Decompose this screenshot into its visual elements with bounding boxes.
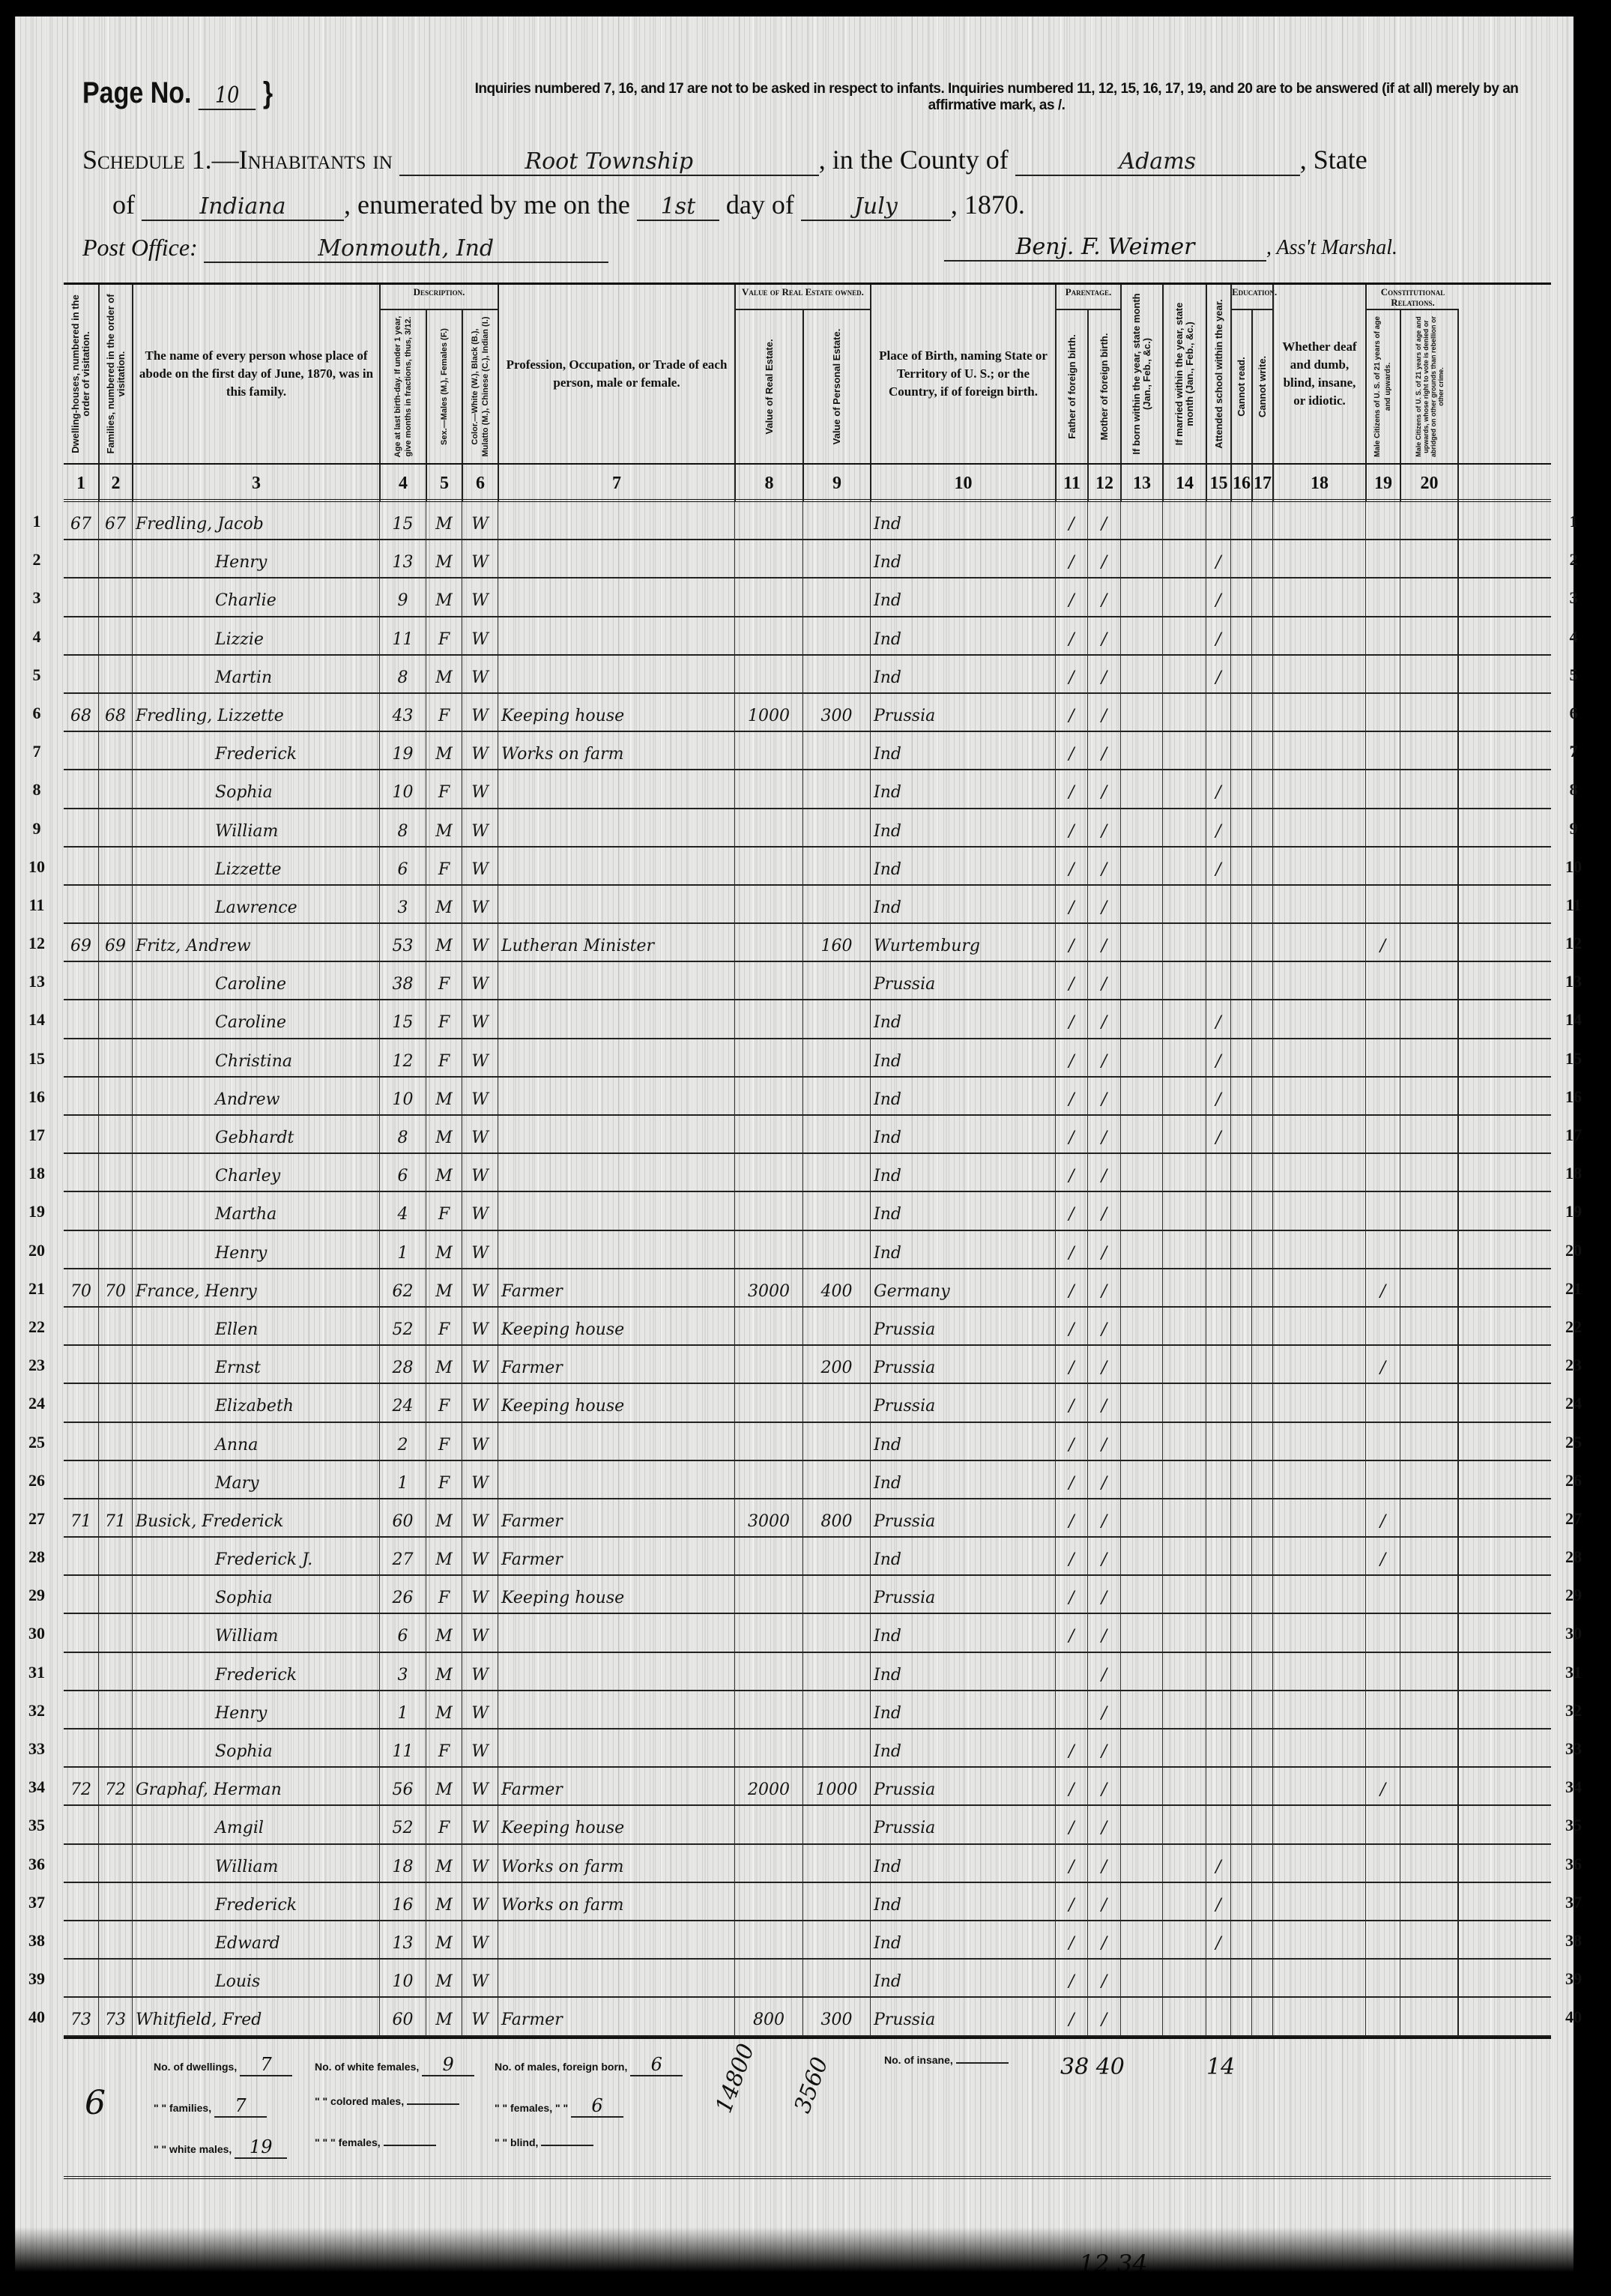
line-number-right: 29 [1559, 1576, 1589, 1614]
cell-empty [1120, 924, 1162, 961]
cell-empty [1272, 1576, 1365, 1613]
township-field: Root Township [399, 148, 819, 176]
cell-empty [1400, 1231, 1459, 1268]
cell-family [98, 1308, 132, 1344]
cell-birthplace: Prussia [870, 1998, 1055, 2034]
cell-empty [1251, 1845, 1272, 1882]
cell-empty [1230, 1960, 1251, 1996]
cell-personal-estate: 1000 [803, 1768, 870, 1804]
cell-empty [1230, 1231, 1251, 1268]
cell-name: Lizzette [132, 848, 379, 884]
cell-personal-estate [803, 770, 870, 807]
cell-father-foreign: / [1055, 1154, 1087, 1191]
cell-empty [1120, 656, 1162, 692]
cell-occupation: Farmer [498, 1269, 734, 1306]
cell-dwelling [64, 1461, 98, 1498]
line-number: 10 [22, 848, 52, 886]
line-number-right: 22 [1559, 1308, 1589, 1346]
line-number: 24 [22, 1384, 52, 1422]
cell-dwelling [64, 1192, 98, 1229]
table-row: 2626Mary1FWInd// [64, 1461, 1551, 1499]
cell-school: / [1206, 1921, 1230, 1958]
cell-age: 15 [379, 1000, 426, 1037]
cell-citizen [1365, 1192, 1400, 1229]
line-number-right: 2 [1559, 540, 1589, 578]
line-number: 27 [22, 1499, 52, 1538]
cell-family [98, 848, 132, 884]
cell-occupation [498, 1614, 734, 1651]
cell-school: / [1206, 578, 1230, 615]
cell-family: 73 [98, 1998, 132, 2034]
cell-empty [1272, 809, 1365, 846]
cell-empty [1120, 502, 1162, 539]
cell-sex: F [426, 1384, 462, 1421]
cell-color: W [462, 1921, 498, 1958]
cell-color: W [462, 1154, 498, 1191]
line-number-right: 20 [1559, 1231, 1589, 1269]
cell-name: Christina [132, 1039, 379, 1076]
line-number-right: 17 [1559, 1116, 1589, 1154]
table-row: 3636William18MWWorks on farmInd/// [64, 1845, 1551, 1883]
cell-real-estate [734, 1384, 803, 1421]
cell-empty [1120, 617, 1162, 654]
cell-citizen: / [1365, 1346, 1400, 1383]
cell-family: 70 [98, 1269, 132, 1306]
cell-father-foreign: / [1055, 962, 1087, 999]
cell-real-estate [734, 540, 803, 577]
cell-citizen: / [1365, 1768, 1400, 1804]
cell-real-estate [734, 770, 803, 807]
cell-empty [1162, 1308, 1206, 1344]
table-row: 2525Anna2FWInd// [64, 1423, 1551, 1461]
cell-empty [1162, 1538, 1206, 1574]
cell-empty [1162, 1845, 1206, 1882]
cell-empty [1230, 1039, 1251, 1076]
cell-empty [1230, 924, 1251, 961]
col-header-5: Sex.—Males (M.), Females (F.) [426, 310, 462, 463]
cell-age: 8 [379, 1116, 426, 1152]
cell-father-foreign: / [1055, 1538, 1087, 1574]
cell-mother-foreign: / [1087, 1768, 1120, 1804]
cell-birthplace: Ind [870, 809, 1055, 846]
cell-empty [1400, 1039, 1459, 1076]
cell-real-estate [734, 886, 803, 922]
cell-empty [1162, 1039, 1206, 1076]
cell-empty [1230, 1845, 1251, 1882]
cell-school [1206, 1998, 1230, 2034]
cell-citizen [1365, 1921, 1400, 1958]
cell-empty [1162, 962, 1206, 999]
cell-empty [1120, 1231, 1162, 1268]
cell-name: Ernst [132, 1346, 379, 1383]
cell-empty [1251, 809, 1272, 846]
cell-name: Louis [132, 1960, 379, 1996]
table-row: 22Henry13MWInd/// [64, 540, 1551, 578]
col-header-7: Profession, Occupation, or Trade of each… [498, 285, 734, 463]
col-header-1: Dwelling-houses, numbered in the order o… [64, 285, 98, 463]
cell-occupation [498, 1039, 734, 1076]
cell-color: W [462, 1269, 498, 1306]
cell-dwelling [64, 1806, 98, 1843]
cell-school: / [1206, 1883, 1230, 1920]
cell-father-foreign: / [1055, 1000, 1087, 1037]
cell-personal-estate: 200 [803, 1346, 870, 1383]
page-summary: 6 No. of dwellings, 7 " " families, 7 " … [64, 2037, 1551, 2179]
col-header-12: Mother of foreign birth. [1087, 310, 1120, 463]
cell-empty [1400, 1269, 1459, 1306]
cell-age: 15 [379, 502, 426, 539]
cell-empty [1230, 1883, 1251, 1920]
line-number: 38 [22, 1921, 52, 1960]
cell-occupation: Keeping house [498, 1576, 734, 1613]
cell-empty [1120, 1078, 1162, 1114]
cell-empty [1272, 1269, 1365, 1306]
cell-father-foreign: / [1055, 1499, 1087, 1536]
cell-color: W [462, 617, 498, 654]
cell-color: W [462, 886, 498, 922]
cell-mother-foreign: / [1087, 1269, 1120, 1306]
cell-dwelling [64, 1729, 98, 1766]
cell-age: 38 [379, 962, 426, 999]
cell-occupation [498, 540, 734, 577]
table-row: 77Frederick19MWWorks on farmInd// [64, 732, 1551, 770]
line-number-right: 28 [1559, 1538, 1589, 1576]
cell-personal-estate [803, 1653, 870, 1690]
cell-real-estate [734, 1346, 803, 1383]
cell-dwelling [64, 732, 98, 769]
cell-personal-estate [803, 1806, 870, 1843]
cell-empty [1251, 848, 1272, 884]
table-row: 1313Caroline38FWPrussia// [64, 962, 1551, 1000]
cell-age: 4 [379, 1192, 426, 1229]
cell-family [98, 1729, 132, 1766]
cell-occupation [498, 809, 734, 846]
cell-mother-foreign: / [1087, 1192, 1120, 1229]
summary-white-females: No. of white females, 9 [315, 2054, 474, 2076]
cell-empty [1251, 694, 1272, 731]
cell-empty [1272, 1039, 1365, 1076]
table-row: 3131Frederick3MWInd/ [64, 1653, 1551, 1691]
cell-empty [1230, 656, 1251, 692]
cell-color: W [462, 1346, 498, 1383]
cell-color: W [462, 809, 498, 846]
cell-empty [1251, 1691, 1272, 1728]
cell-real-estate [734, 1039, 803, 1076]
cell-birthplace: Prussia [870, 962, 1055, 999]
cell-citizen [1365, 770, 1400, 807]
cell-empty [1120, 1269, 1162, 1306]
cell-father-foreign: / [1055, 540, 1087, 577]
cell-empty [1162, 1576, 1206, 1613]
cell-empty [1251, 770, 1272, 807]
cell-father-foreign: / [1055, 1423, 1087, 1460]
cell-empty [1120, 1423, 1162, 1460]
cell-age: 18 [379, 1845, 426, 1882]
cell-color: W [462, 848, 498, 884]
cell-personal-estate [803, 1960, 870, 1996]
cell-mother-foreign: / [1087, 886, 1120, 922]
line-number: 35 [22, 1806, 52, 1844]
cell-family [98, 1154, 132, 1191]
cell-personal-estate: 400 [803, 1269, 870, 1306]
cell-sex: F [426, 962, 462, 999]
cell-empty [1400, 1614, 1459, 1651]
cell-citizen [1365, 1614, 1400, 1651]
cell-sex: M [426, 1845, 462, 1882]
cell-age: 1 [379, 1231, 426, 1268]
cell-real-estate [734, 1192, 803, 1229]
cell-empty [1400, 1845, 1459, 1882]
cell-personal-estate [803, 1423, 870, 1460]
cell-empty [1120, 1729, 1162, 1766]
line-number: 17 [22, 1116, 52, 1154]
cell-empty [1400, 1346, 1459, 1383]
line-number-right: 6 [1559, 694, 1589, 732]
cell-real-estate [734, 617, 803, 654]
cell-birthplace: Ind [870, 1921, 1055, 1958]
cell-age: 6 [379, 1154, 426, 1191]
cell-citizen [1365, 732, 1400, 769]
cell-mother-foreign: / [1087, 1423, 1120, 1460]
cell-empty [1162, 502, 1206, 539]
cell-empty [1120, 1308, 1162, 1344]
cell-real-estate [734, 1960, 803, 1996]
cell-occupation [498, 962, 734, 999]
cell-father-foreign: / [1055, 809, 1087, 846]
cell-school: / [1206, 1116, 1230, 1152]
cell-color: W [462, 1461, 498, 1498]
cell-sex: M [426, 1269, 462, 1306]
cell-color: W [462, 1308, 498, 1344]
cell-dwelling [64, 770, 98, 807]
cell-family [98, 1000, 132, 1037]
cell-birthplace: Ind [870, 1078, 1055, 1114]
cell-personal-estate [803, 1461, 870, 1498]
cell-citizen [1365, 540, 1400, 577]
cell-real-estate [734, 1154, 803, 1191]
table-row: 2424Elizabeth24FWKeeping housePrussia// [64, 1384, 1551, 1422]
line-number: 20 [22, 1231, 52, 1269]
cell-father-foreign [1055, 1691, 1087, 1728]
cell-empty [1120, 694, 1162, 731]
cell-dwelling: 72 [64, 1768, 98, 1804]
line-number: 25 [22, 1423, 52, 1461]
cell-sex: M [426, 924, 462, 961]
cell-empty [1272, 502, 1365, 539]
cell-real-estate [734, 1078, 803, 1114]
col-header-17: Cannot write. [1251, 310, 1272, 463]
line-number: 36 [22, 1845, 52, 1883]
cell-birthplace: Ind [870, 1461, 1055, 1498]
cell-age: 56 [379, 1768, 426, 1804]
cell-father-foreign: / [1055, 1461, 1087, 1498]
cell-personal-estate [803, 1691, 870, 1728]
cell-real-estate [734, 732, 803, 769]
group-constitutional: Constitutional Relations. [1365, 285, 1459, 310]
cell-empty [1400, 809, 1459, 846]
cell-empty [1272, 1078, 1365, 1114]
cell-dwelling [64, 886, 98, 922]
cell-real-estate [734, 1691, 803, 1728]
cell-name: Graphaf, Herman [132, 1768, 379, 1804]
table-row: 33Charlie9MWInd/// [64, 578, 1551, 617]
line-number: 32 [22, 1691, 52, 1729]
cell-real-estate [734, 924, 803, 961]
cell-school [1206, 1576, 1230, 1613]
cell-occupation [498, 1231, 734, 1268]
cell-birthplace: Ind [870, 886, 1055, 922]
cell-citizen [1365, 1039, 1400, 1076]
cell-empty [1400, 1384, 1459, 1421]
cell-empty [1120, 848, 1162, 884]
cell-sex: M [426, 886, 462, 922]
cell-occupation [498, 1921, 734, 1958]
cell-empty [1162, 1192, 1206, 1229]
cell-empty [1230, 1269, 1251, 1306]
cell-empty [1162, 1729, 1206, 1766]
table-row: 3535Amgil52FWKeeping housePrussia// [64, 1806, 1551, 1844]
cell-family [98, 732, 132, 769]
cell-empty [1272, 732, 1365, 769]
table-row: 1414Caroline15FWInd/// [64, 1000, 1551, 1039]
cell-name: Lawrence [132, 886, 379, 922]
line-number: 11 [22, 886, 52, 924]
line-number: 3 [22, 578, 52, 617]
cell-empty [1162, 1653, 1206, 1690]
cell-father-foreign: / [1055, 1269, 1087, 1306]
cell-sex: F [426, 694, 462, 731]
cell-color: W [462, 1078, 498, 1114]
cell-family [98, 1039, 132, 1076]
cell-name: Martin [132, 656, 379, 692]
cell-mother-foreign: / [1087, 1461, 1120, 1498]
cell-citizen [1365, 1423, 1400, 1460]
col-header-11: Father of foreign birth. [1055, 310, 1087, 463]
cell-color: W [462, 732, 498, 769]
table-row: 99William8MWInd/// [64, 809, 1551, 848]
line-number-right: 34 [1559, 1768, 1589, 1806]
cell-family [98, 1346, 132, 1383]
cell-mother-foreign: / [1087, 1576, 1120, 1613]
state-line: of Indiana, enumerated by me on the 1st … [112, 189, 1025, 221]
cell-father-foreign [1055, 1653, 1087, 1690]
cell-empty [1251, 1078, 1272, 1114]
cell-father-foreign: / [1055, 1116, 1087, 1152]
line-number: 37 [22, 1883, 52, 1921]
cell-dwelling [64, 1576, 98, 1613]
cell-empty [1251, 1461, 1272, 1498]
summary-dwellings: No. of dwellings, 7 [154, 2054, 292, 2076]
cell-dwelling [64, 1691, 98, 1728]
line-number: 19 [22, 1192, 52, 1230]
line-number-right: 8 [1559, 770, 1589, 809]
cell-empty [1251, 1192, 1272, 1229]
cell-school [1206, 1461, 1230, 1498]
cell-school: / [1206, 1078, 1230, 1114]
cell-real-estate [734, 656, 803, 692]
cell-family [98, 1538, 132, 1574]
cell-dwelling [64, 1000, 98, 1037]
cell-empty [1120, 1768, 1162, 1804]
cell-name: Andrew [132, 1078, 379, 1114]
line-number: 29 [22, 1576, 52, 1614]
cell-school [1206, 694, 1230, 731]
cell-occupation: Works on farm [498, 1845, 734, 1882]
cell-empty [1400, 1691, 1459, 1728]
cell-real-estate [734, 1116, 803, 1152]
cell-school [1206, 1231, 1230, 1268]
cell-empty [1400, 924, 1459, 961]
cell-empty [1230, 1691, 1251, 1728]
cell-empty [1230, 1000, 1251, 1037]
cell-name: Gebhardt [132, 1116, 379, 1152]
line-number-right: 21 [1559, 1269, 1589, 1308]
cell-family [98, 809, 132, 846]
cell-empty [1230, 1729, 1251, 1766]
cell-real-estate: 800 [734, 1998, 803, 2034]
cell-color: W [462, 1231, 498, 1268]
cell-sex: M [426, 1078, 462, 1114]
cell-name: Frederick J. [132, 1538, 379, 1574]
cell-age: 10 [379, 1078, 426, 1114]
table-row: 21217070France, Henry62MWFarmer3000400Ge… [64, 1269, 1551, 1308]
cell-citizen [1365, 1653, 1400, 1690]
cell-mother-foreign: / [1087, 1154, 1120, 1191]
table-row: 2323Ernst28MWFarmer200Prussia/// [64, 1346, 1551, 1384]
cell-name: Sophia [132, 1729, 379, 1766]
cell-mother-foreign: / [1087, 1960, 1120, 1996]
cell-sex: F [426, 1806, 462, 1843]
cell-school: / [1206, 540, 1230, 577]
personal-estate-total: 3560 [790, 2053, 834, 2116]
cell-empty [1251, 1614, 1272, 1651]
cell-mother-foreign: / [1087, 540, 1120, 577]
cell-birthplace: Ind [870, 848, 1055, 884]
cell-personal-estate [803, 1576, 870, 1613]
summary-foreign-females: " " females, " " 6 [495, 2095, 623, 2118]
cell-age: 43 [379, 694, 426, 731]
cell-father-foreign: / [1055, 694, 1087, 731]
table-row: 3838Edward13MWInd/// [64, 1921, 1551, 1960]
cell-personal-estate [803, 962, 870, 999]
census-page: Page No. 10 } Inquiries numbered 7, 16, … [15, 16, 1574, 2272]
cell-empty [1272, 1768, 1365, 1804]
line-number: 39 [22, 1960, 52, 1998]
cell-birthplace: Prussia [870, 1308, 1055, 1344]
cell-color: W [462, 1845, 498, 1882]
cell-empty [1230, 540, 1251, 577]
cell-citizen [1365, 1154, 1400, 1191]
cell-family [98, 1921, 132, 1958]
cell-empty [1251, 1576, 1272, 1613]
cell-personal-estate [803, 1192, 870, 1229]
cell-empty [1400, 1308, 1459, 1344]
cell-birthplace: Ind [870, 1845, 1055, 1882]
cell-occupation [498, 770, 734, 807]
cell-empty [1120, 732, 1162, 769]
summary-white-males: " " white males, 19 [154, 2136, 287, 2159]
cell-personal-estate [803, 1231, 870, 1268]
cell-dwelling [64, 1384, 98, 1421]
cell-empty [1400, 694, 1459, 731]
cell-sex: F [426, 617, 462, 654]
cell-sex: M [426, 1768, 462, 1804]
cell-empty [1162, 1116, 1206, 1152]
line-number-right: 23 [1559, 1346, 1589, 1384]
cell-mother-foreign: / [1087, 1000, 1120, 1037]
cell-citizen [1365, 1000, 1400, 1037]
cell-birthplace: Wurtemburg [870, 924, 1055, 961]
